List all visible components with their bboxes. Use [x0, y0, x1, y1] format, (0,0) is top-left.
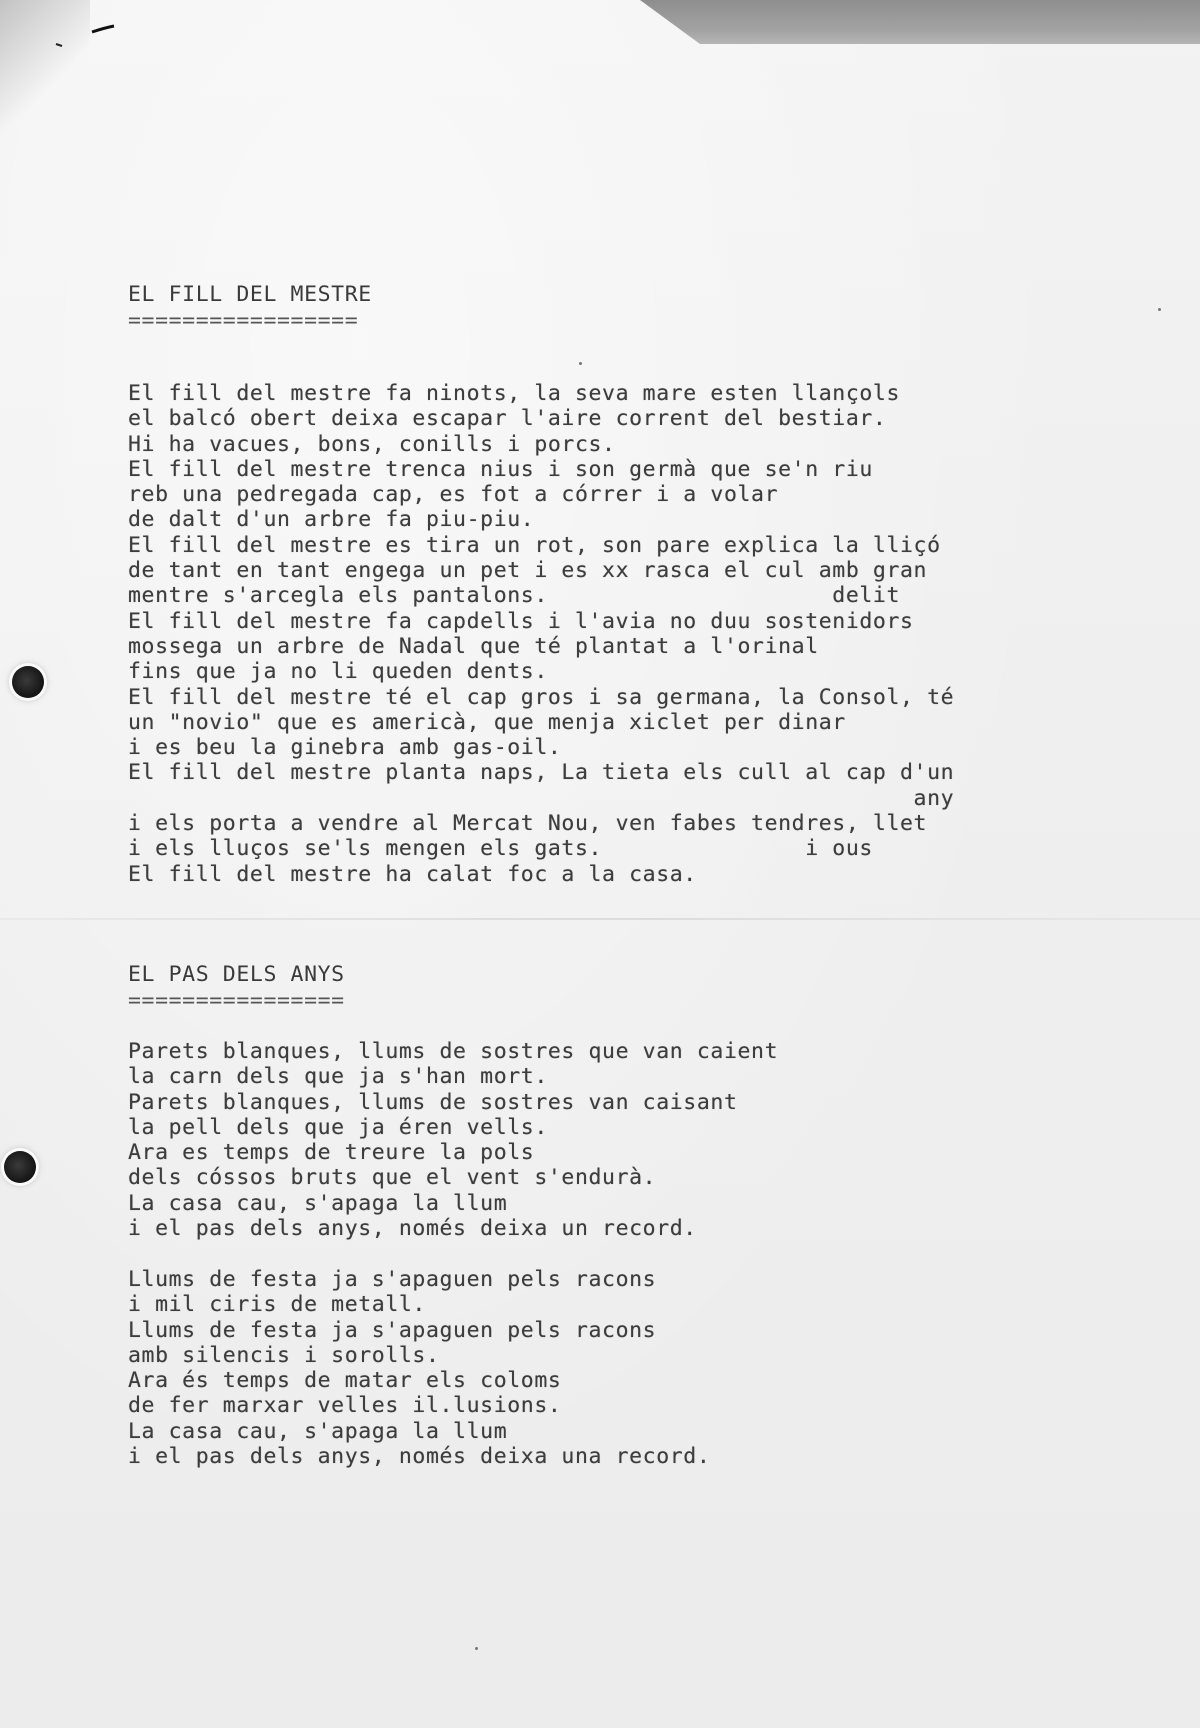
poem-line: i els lluços se'ls mengen els gats. i ou…: [128, 836, 954, 861]
ink-speck: [1158, 308, 1161, 311]
title-underline: =================: [128, 316, 358, 326]
poem-line: El fill del mestre fa ninots, la seva ma…: [128, 381, 954, 406]
poem-line: dels cóssos bruts que el vent s'endurà.: [128, 1165, 778, 1190]
poem-line: la pell dels que ja éren vells.: [128, 1115, 778, 1140]
poem-line: de dalt d'un arbre fa piu-piu.: [128, 507, 954, 532]
poem-line: fins que ja no li queden dents.: [128, 659, 954, 684]
punch-hole: [12, 666, 44, 698]
poem-line: el balcó obert deixa escapar l'aire corr…: [128, 406, 954, 431]
poem-line: El fill del mestre té el cap gros i sa g…: [128, 685, 954, 710]
poem-line: i es beu la ginebra amb gas-oil.: [128, 735, 954, 760]
punch-hole: [4, 1151, 36, 1183]
poem-title: EL FILL DEL MESTRE: [128, 282, 372, 307]
poem-line: El fill del mestre planta naps, La tieta…: [128, 760, 954, 785]
typewritten-page: EL FILL DEL MESTRE ================= El …: [0, 0, 1200, 1728]
poem-line: i el pas dels anys, només deixa una reco…: [128, 1444, 710, 1469]
poem-line: amb silencis i sorolls.: [128, 1343, 710, 1368]
poem-line: Ara és temps de matar els coloms: [128, 1368, 710, 1393]
poem-line: mossega un arbre de Nadal que té plantat…: [128, 634, 954, 659]
poem-body: El fill del mestre fa ninots, la seva ma…: [128, 381, 954, 887]
poem-line: i els porta a vendre al Mercat Nou, ven …: [128, 811, 954, 836]
poem-line: la carn dels que ja s'han mort.: [128, 1064, 778, 1089]
poem-line: reb una pedregada cap, es fot a córrer i…: [128, 482, 954, 507]
poem-line: Parets blanques, llums de sostres que va…: [128, 1039, 778, 1064]
poem-line: La casa cau, s'apaga la llum: [128, 1419, 710, 1444]
poem-line: de tant en tant engega un pet i es xx ra…: [128, 558, 954, 583]
poem-line: Hi ha vacues, bons, conills i porcs.: [128, 432, 954, 457]
poem-line: El fill del mestre es tira un rot, son p…: [128, 533, 954, 558]
paper-fold: [0, 918, 1200, 920]
poem-line: Llums de festa ja s'apaguen pels racons: [128, 1318, 710, 1343]
ink-speck: [475, 1647, 478, 1650]
poem-line: Parets blanques, llums de sostres van ca…: [128, 1090, 778, 1115]
poem-title: EL PAS DELS ANYS: [128, 962, 345, 987]
poem-stanza: Llums de festa ja s'apaguen pels raconsi…: [128, 1267, 710, 1469]
poem-line: El fill del mestre trenca nius i son ger…: [128, 457, 954, 482]
poem-line: i mil ciris de metall.: [128, 1292, 710, 1317]
poem-line: i el pas dels anys, només deixa un recor…: [128, 1216, 778, 1241]
title-underline: ================: [128, 996, 345, 1006]
poem-line: mentre s'arcegla els pantalons. delit: [128, 583, 954, 608]
poem-line: Ara es temps de treure la pols: [128, 1140, 778, 1165]
poem-line: La casa cau, s'apaga la llum: [128, 1191, 778, 1216]
pen-mark-icon: [52, 22, 122, 48]
poem-line: Llums de festa ja s'apaguen pels racons: [128, 1267, 710, 1292]
page-corner-shadow: [0, 0, 90, 140]
poem-line: de fer marxar velles il.lusions.: [128, 1393, 710, 1418]
poem-line: any: [128, 786, 954, 811]
poem-line: un "novio" que es americà, que menja xic…: [128, 710, 954, 735]
page-shadow: [640, 0, 1200, 44]
poem-line: El fill del mestre ha calat foc a la cas…: [128, 862, 954, 887]
poem-stanza: Parets blanques, llums de sostres que va…: [128, 1039, 778, 1241]
poem-line: El fill del mestre fa capdells i l'avia …: [128, 609, 954, 634]
ink-speck: [579, 362, 582, 365]
